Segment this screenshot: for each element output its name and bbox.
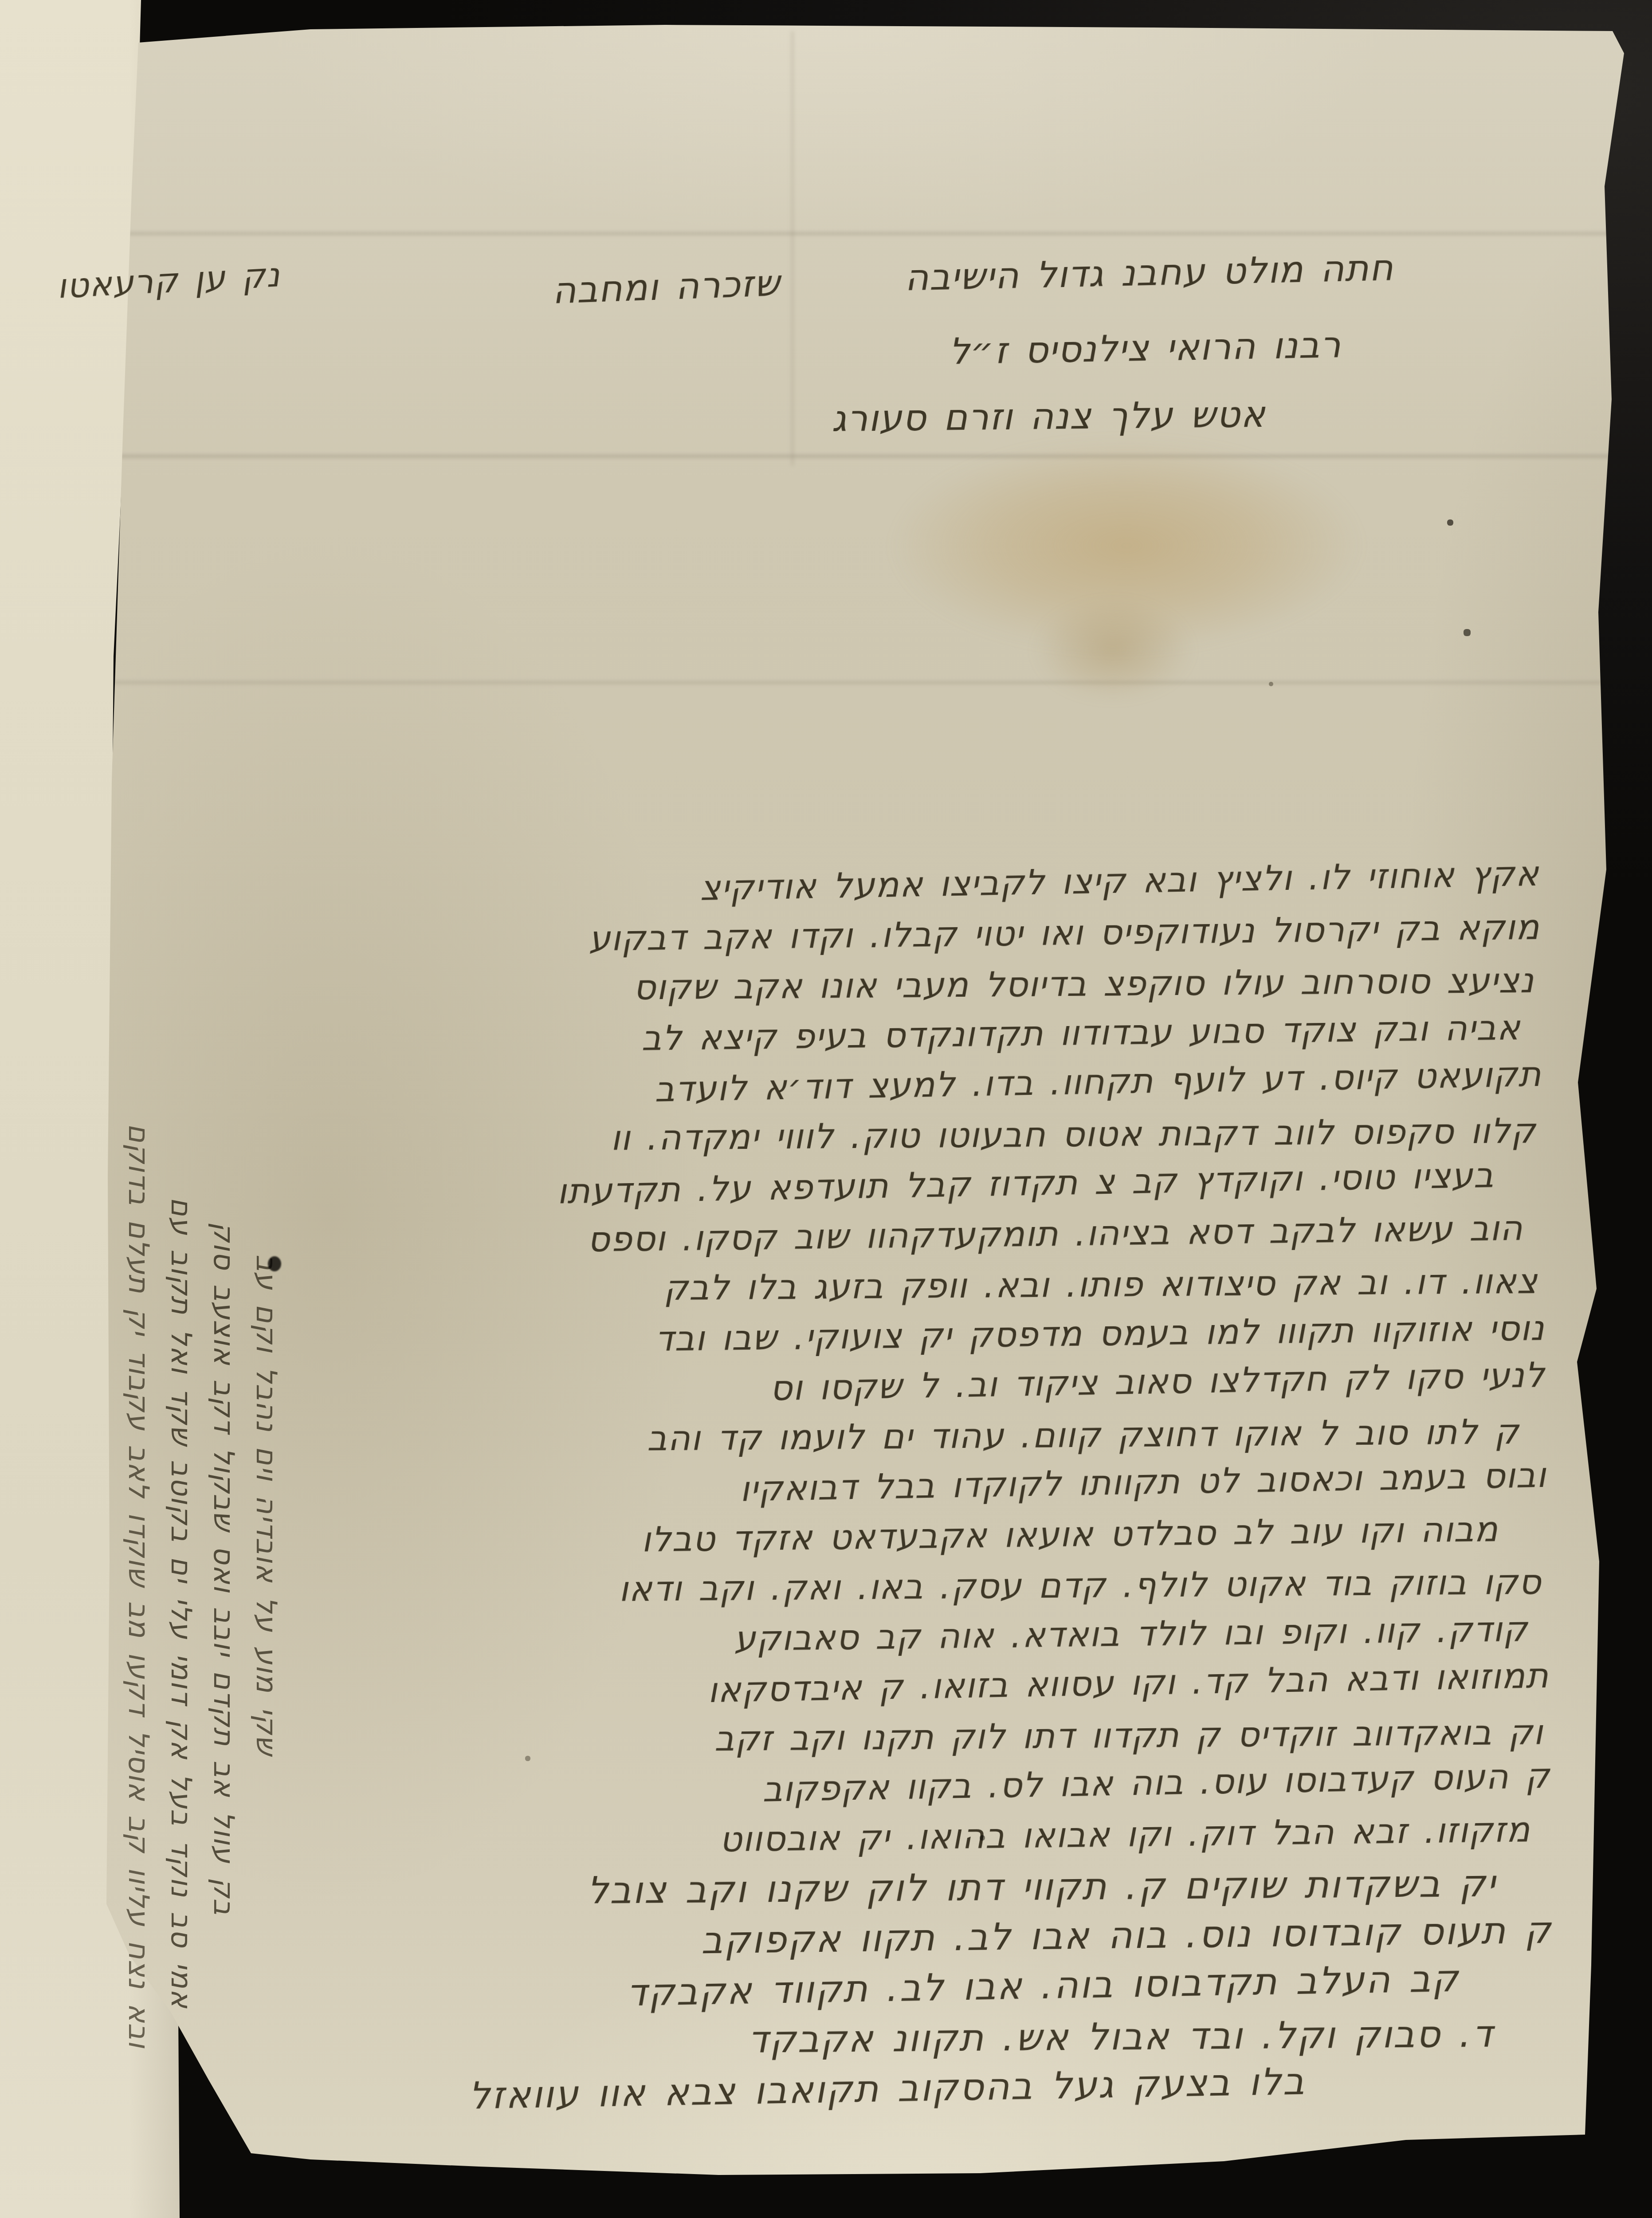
header-line1-right: חתה מולט עחבנ גדול הישיבה	[904, 247, 1394, 299]
body-line: סקו בוזוק בוד אקוט לולף. קדם עסק. באו. ו…	[180, 1557, 1542, 1618]
paper-stain-small	[1033, 599, 1193, 701]
header-line3: אטש עלך צנה וזרם סעורג	[832, 393, 1266, 440]
header-line2: רבנו הרואי צילנסיס ז״ל	[949, 324, 1342, 373]
margin-note-line: אמי סב נוקד בעל אק דומי עלי ים בקוטב שקד…	[160, 895, 202, 2049]
letter-body: אקץ אוחוזי לו. ולציץ ובא קיצו לקביצו אמע…	[177, 853, 1554, 2122]
margin-note-line: ובא נצח עליוו קב אוסיל דקעו מב שוקדו לאב…	[117, 895, 160, 2049]
body-line: צאוו. דו. וב אק סיצודוא פותו. ובא. וופק …	[176, 1257, 1538, 1317]
margin-note-line: שקי מוע על אובדיה וים נהבל וקם עב	[245, 895, 287, 2049]
manuscript-scan: חתה מולט עחבנ גדול הישיבה שזכרה ומחבה רב…	[0, 0, 1652, 2218]
header-line1-center: שזכרה ומחבה	[551, 262, 781, 312]
body-line: נציעצ סוסרחוב עולו סוקפצ בדיוסל מעבי אונ…	[173, 956, 1534, 1017]
fold-crease	[106, 453, 1621, 459]
fold-crease-vertical	[790, 31, 794, 466]
margin-note-line: בק עוול אב תקדם יובב ואס שבקול דקב אוצעב…	[202, 895, 245, 2049]
fold-crease	[106, 680, 1621, 685]
body-line: יק בשקדות שוקים ק. תקווי דתו לוק שקנו וק…	[184, 1858, 1546, 1919]
margin-notes: שקי מוע על אובדיה וים נהבל וקם עב בק עוו…	[117, 895, 287, 2049]
fold-crease	[106, 231, 1621, 236]
